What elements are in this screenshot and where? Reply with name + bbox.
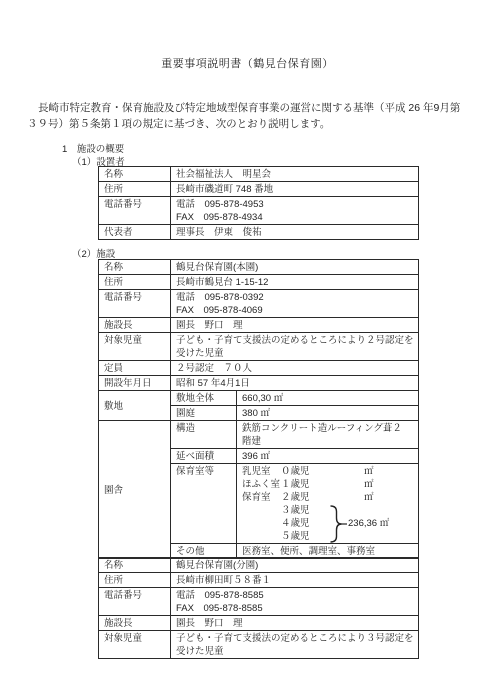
room-age: １歳児	[281, 478, 364, 491]
table-row: 施設長 園長 野口 理	[99, 318, 419, 333]
row-label-site: 敷地	[99, 391, 171, 421]
table-row: 電話番号 電話 095-878-4953 FAX 095-878-4934	[99, 197, 419, 225]
founder-address: 長崎市磯道町 748 番地	[171, 182, 419, 197]
room-age: ５歳児	[281, 530, 364, 543]
founder-fax: FAX 095-878-4934	[176, 211, 418, 224]
room-age: ２歳児	[281, 491, 364, 504]
row-label-name: 名称	[99, 558, 171, 573]
row-label-children: 対象児童	[99, 631, 171, 659]
row-label-phone: 電話番号	[99, 197, 171, 225]
row-label-opened: 開設年月日	[99, 376, 171, 391]
room-line: 乳児室 ０歳児 ㎡	[242, 465, 418, 478]
room-name	[242, 504, 281, 517]
room-line: 保育室 ２歳児 ㎡	[242, 491, 418, 504]
total-floor-area: 396 ㎡	[237, 449, 419, 464]
table-row: 園舎 構造 鉄筋コンクリート造ルーフィング葺２階建	[99, 421, 419, 449]
row-label-phone: 電話番号	[99, 588, 171, 616]
table-row: 住所 長崎市鶴見台 1-15-12	[99, 275, 419, 290]
room-name	[242, 517, 281, 530]
table-row: 対象児童 子ども・子育て支援法の定めるところにより２号認定を受けた児童	[99, 333, 419, 361]
row-label-name: 名称	[99, 260, 171, 275]
document-page: 重要事項説明書（鶴見台保育園） 長崎市特定教育・保育施設及び特定地域型保育事業の…	[0, 0, 495, 700]
branch-fax: FAX 095-878-8585	[176, 602, 418, 615]
row-label-director: 施設長	[99, 318, 171, 333]
table-row: 開設年月日 昭和 57 年4月1日	[99, 376, 419, 391]
facility-phone: 電話 095-878-0392	[176, 291, 418, 304]
row-label-children: 対象児童	[99, 333, 171, 361]
table-row: 住所 長崎市磯道町 748 番地	[99, 182, 419, 197]
facility-opened-date: 昭和 57 年4月1日	[171, 376, 419, 391]
branch-children: 子ども・子育て支援法の定めるところにより３号認定を受けた児童	[171, 631, 419, 659]
branch-name: 鶴見台保育園(分園)	[171, 558, 419, 573]
page-title: 重要事項説明書（鶴見台保育園）	[0, 55, 495, 71]
founder-representative: 理事長 伊東 俊祐	[171, 225, 419, 240]
playground-area: 380 ㎡	[237, 406, 419, 421]
room-name: 保育室	[242, 491, 281, 504]
room-name: ほふく室	[242, 478, 281, 491]
table-row: 対象児童 子ども・子育て支援法の定めるところにより３号認定を受けた児童	[99, 631, 419, 659]
founder-phone-cell: 電話 095-878-4953 FAX 095-878-4934	[171, 197, 419, 225]
table-row: 代表者 理事長 伊東 俊祐	[99, 225, 419, 240]
table-row: 電話番号 電話 095-878-0392 FAX 095-878-4069	[99, 290, 419, 318]
subsection-heading-facility: （2）施設	[72, 246, 115, 260]
table-row: 敷地 敷地全体 660,30 ㎡	[99, 391, 419, 406]
row-label-phone: 電話番号	[99, 290, 171, 318]
row-label-director: 施設長	[99, 616, 171, 631]
table-row: 名称 鶴見台保育園(分園)	[99, 558, 419, 573]
room-age: ０歳児	[281, 465, 364, 478]
table-row: 電話番号 電話 095-878-8585 FAX 095-878-8585	[99, 588, 419, 616]
row-label-total-floor: 延べ面積	[171, 449, 237, 464]
grouping-brace-icon	[329, 505, 348, 544]
building-structure: 鉄筋コンクリート造ルーフィング葺２階建	[242, 422, 409, 448]
facility-capacity: ２号認定 ７０人	[171, 361, 419, 376]
table-row: 名称 社会福祉法人 明星会	[99, 167, 419, 182]
row-label-representative: 代表者	[99, 225, 171, 240]
table-row: 定員 ２号認定 ７０人	[99, 361, 419, 376]
row-label-address: 住所	[99, 182, 171, 197]
row-label-address: 住所	[99, 573, 171, 588]
branch-phone-cell: 電話 095-878-8585 FAX 095-878-8585	[171, 588, 419, 616]
room-line: ほふく室 １歳児 ㎡	[242, 478, 418, 491]
table-row: 施設長 園長 野口 理	[99, 616, 419, 631]
row-label-rooms: 保育室等	[171, 464, 237, 544]
founder-table: 名称 社会福祉法人 明星会 住所 長崎市磯道町 748 番地 電話番号 電話 0…	[98, 166, 419, 240]
room-age: ３歳児	[281, 504, 364, 517]
founder-name: 社会福祉法人 明星会	[171, 167, 419, 182]
branch-address: 長崎市柳田町５８番１	[171, 573, 419, 588]
site-total-area: 660,30 ㎡	[237, 391, 419, 406]
row-label-structure: 構造	[171, 421, 237, 449]
row-label-site-total: 敷地全体	[171, 391, 237, 406]
row-label-address: 住所	[99, 275, 171, 290]
intro-paragraph: 長崎市特定教育・保育施設及び特定地域型保育事業の運営に関する基準（平成 26 年…	[27, 100, 463, 132]
room-area-unit: ㎡	[364, 465, 374, 478]
row-label-capacity: 定員	[99, 361, 171, 376]
facility-name: 鶴見台保育園(本園)	[171, 260, 419, 275]
facility-children: 子ども・子育て支援法の定めるところにより２号認定を受けた児童	[171, 333, 419, 361]
main-facility-table: 名称 鶴見台保育園(本園) 住所 長崎市鶴見台 1-15-12 電話番号 電話 …	[98, 259, 419, 559]
facility-address: 長崎市鶴見台 1-15-12	[171, 275, 419, 290]
branch-phone: 電話 095-878-8585	[176, 589, 418, 602]
branch-facility-table: 名称 鶴見台保育園(分園) 住所 長崎市柳田町５８番１ 電話番号 電話 095-…	[98, 557, 419, 659]
row-label-name: 名称	[99, 167, 171, 182]
row-label-playground: 園庭	[171, 406, 237, 421]
table-row: 名称 鶴見台保育園(本園)	[99, 260, 419, 275]
rooms-cell: 乳児室 ０歳児 ㎡ ほふく室 １歳児 ㎡ 保育室 ２歳児 ㎡	[237, 464, 419, 544]
room-name: 乳児室	[242, 465, 281, 478]
room-name	[242, 530, 281, 543]
building-structure-cell: 鉄筋コンクリート造ルーフィング葺２階建	[237, 421, 419, 449]
facility-fax: FAX 095-878-4069	[176, 304, 418, 317]
founder-phone: 電話 095-878-4953	[176, 198, 418, 211]
section-heading-overview: 1 施設の概要	[62, 141, 124, 155]
room-area-unit: ㎡	[364, 478, 374, 491]
facility-director: 園長 野口 理	[171, 318, 419, 333]
room-area-unit: ㎡	[364, 491, 374, 504]
table-row: 住所 長崎市柳田町５８番１	[99, 573, 419, 588]
branch-director: 園長 野口 理	[171, 616, 419, 631]
rooms-grouped-area: 236,36 ㎡	[348, 517, 389, 530]
facility-phone-cell: 電話 095-878-0392 FAX 095-878-4069	[171, 290, 419, 318]
row-label-building: 園舎	[99, 421, 171, 559]
